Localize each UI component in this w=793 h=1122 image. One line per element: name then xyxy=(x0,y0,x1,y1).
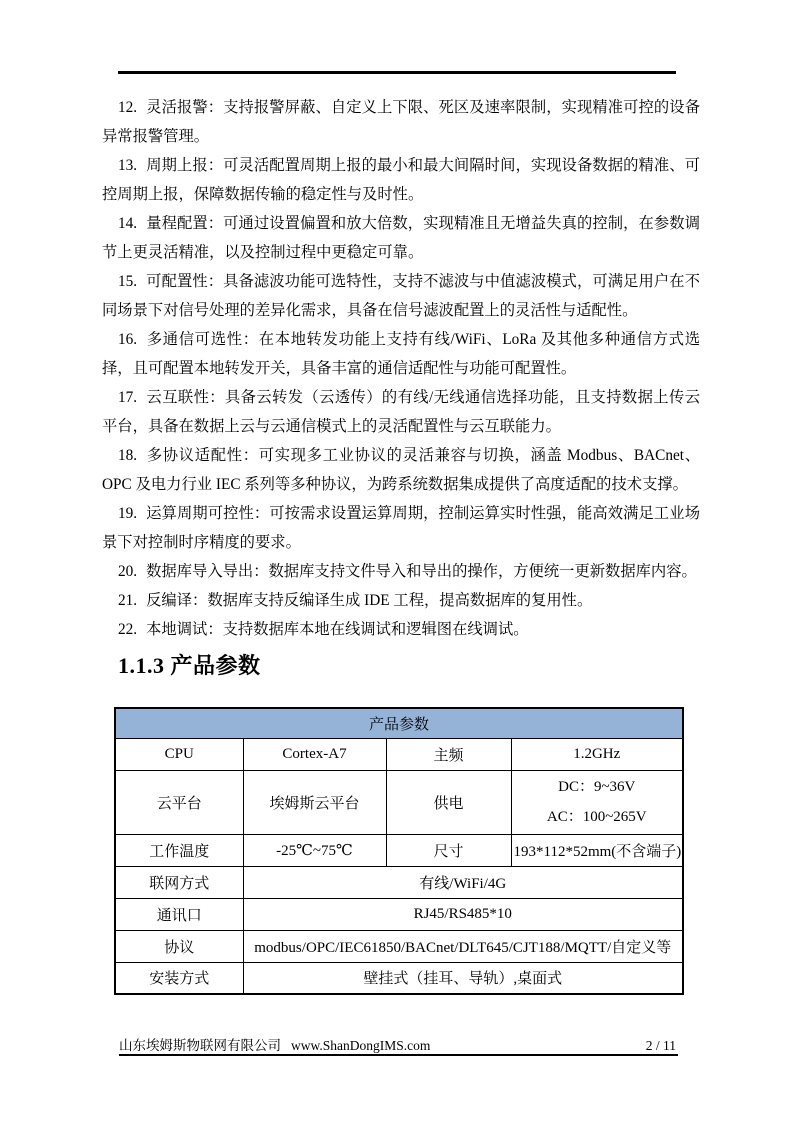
param-value: RJ45/RS485*10 xyxy=(243,898,683,930)
footer-website: www.ShanDongIMS.com xyxy=(291,1038,430,1053)
list-item-text: 数据库导入导出：数据库支持文件导入和导出的操作，方便统一更新数据库内容。 xyxy=(146,563,697,580)
list-item: 12.灵活报警：支持报警屏蔽、自定义上下限、死区及速率限制，实现精准可控的设备异… xyxy=(102,93,700,151)
list-item: 13.周期上报：可灵活配置周期上报的最小和最大间隔时间，实现设备数据的精准、可控… xyxy=(102,151,700,209)
param-label: 供电 xyxy=(386,770,511,834)
list-item: 17.云互联性：具备云转发（云透传）的有线/无线通信选择功能，且支持数据上传云平… xyxy=(102,383,700,441)
param-label: 云平台 xyxy=(115,770,243,834)
param-value: -25℃~75℃ xyxy=(243,834,386,866)
param-label: CPU xyxy=(115,738,243,770)
list-item-number: 13. xyxy=(118,157,137,174)
list-item-text: 运算周期可控性：可按需求设置运算周期，控制运算实时性强，能高效满足工业场景下对控… xyxy=(102,505,700,551)
param-label: 主频 xyxy=(386,738,511,770)
table-header-row: 产品参数 xyxy=(115,708,683,738)
list-item: 19.运算周期可控性：可按需求设置运算周期，控制运算实时性强，能高效满足工业场景… xyxy=(102,499,700,557)
list-item-number: 15. xyxy=(118,273,137,290)
param-value: 有线/WiFi/4G xyxy=(243,866,683,898)
document-page: 12.灵活报警：支持报警屏蔽、自定义上下限、死区及速率限制，实现精准可控的设备异… xyxy=(0,0,793,1122)
param-value: DC：9~36V AC：100~265V xyxy=(511,770,683,834)
list-item-number: 14. xyxy=(118,215,137,232)
list-item-text: 量程配置：可通过设置偏置和放大倍数，实现精准且无增益失真的控制，在参数调节上更灵… xyxy=(102,215,700,261)
list-item-number: 22. xyxy=(118,621,137,638)
power-dc: DC：9~36V xyxy=(514,772,681,802)
page-number: 2 / 11 xyxy=(646,1037,676,1055)
param-value: 壁挂式（挂耳、导轨）,桌面式 xyxy=(243,962,683,994)
list-item-text: 可配置性：具备滤波功能可选特性，支持不滤波与中值滤波模式，可满足用户在不同场景下… xyxy=(102,273,700,319)
power-ac: AC：100~265V xyxy=(514,802,681,832)
footer-rule xyxy=(119,1054,678,1056)
table-row: 安装方式 壁挂式（挂耳、导轨）,桌面式 xyxy=(115,962,683,994)
param-label: 通讯口 xyxy=(115,898,243,930)
product-parameters-table: 产品参数 CPU Cortex-A7 主频 1.2GHz 云平台 埃姆斯云平台 … xyxy=(114,707,684,995)
list-item: 20.数据库导入导出：数据库支持文件导入和导出的操作，方便统一更新数据库内容。 xyxy=(102,557,700,586)
list-item-text: 反编译：数据库支持反编译生成 IDE 工程，提高数据库的复用性。 xyxy=(146,592,592,609)
list-item-text: 灵活报警：支持报警屏蔽、自定义上下限、死区及速率限制，实现精准可控的设备异常报警… xyxy=(102,99,700,145)
list-item-number: 17. xyxy=(118,389,137,406)
list-item-number: 21. xyxy=(118,592,137,609)
param-label: 安装方式 xyxy=(115,962,243,994)
table-row: 工作温度 -25℃~75℃ 尺寸 193*112*52mm(不含端子) xyxy=(115,834,683,866)
param-value: 埃姆斯云平台 xyxy=(243,770,386,834)
table-row: CPU Cortex-A7 主频 1.2GHz xyxy=(115,738,683,770)
table-row: 云平台 埃姆斯云平台 供电 DC：9~36V AC：100~265V xyxy=(115,770,683,834)
table-row: 通讯口 RJ45/RS485*10 xyxy=(115,898,683,930)
list-item-text: 本地调试：支持数据库本地在线调试和逻辑图在线调试。 xyxy=(146,621,528,638)
param-label: 尺寸 xyxy=(386,834,511,866)
list-item-number: 20. xyxy=(118,563,137,580)
list-item: 18.多协议适配性：可实现多工业协议的灵活兼容与切换，涵盖 Modbus、BAC… xyxy=(102,441,700,499)
param-label: 工作温度 xyxy=(115,834,243,866)
param-value: Cortex-A7 xyxy=(243,738,386,770)
list-item-number: 18. xyxy=(118,447,137,464)
list-item: 21.反编译：数据库支持反编译生成 IDE 工程，提高数据库的复用性。 xyxy=(102,586,700,615)
footer-company: 山东埃姆斯物联网有限公司 xyxy=(119,1038,281,1053)
param-label: 协议 xyxy=(115,930,243,962)
list-item-text: 周期上报：可灵活配置周期上报的最小和最大间隔时间，实现设备数据的精准、可控周期上… xyxy=(102,157,700,203)
param-value: modbus/OPC/IEC61850/BACnet/DLT645/CJT188… xyxy=(243,930,683,962)
list-item: 14.量程配置：可通过设置偏置和放大倍数，实现精准且无增益失真的控制，在参数调节… xyxy=(102,209,700,267)
param-value: 1.2GHz xyxy=(511,738,683,770)
list-item-text: 多通信可选性：在本地转发功能上支持有线/WiFi、LoRa 及其他多种通信方式选… xyxy=(102,331,700,377)
list-item-text: 多协议适配性：可实现多工业协议的灵活兼容与切换，涵盖 Modbus、BACnet… xyxy=(102,447,700,493)
list-item-number: 19. xyxy=(118,505,137,522)
param-value: 193*112*52mm(不含端子) xyxy=(511,834,683,866)
table-row: 协议 modbus/OPC/IEC61850/BACnet/DLT645/CJT… xyxy=(115,930,683,962)
list-item: 16.多通信可选性：在本地转发功能上支持有线/WiFi、LoRa 及其他多种通信… xyxy=(102,325,700,383)
list-item-number: 16. xyxy=(118,331,137,348)
list-item: 15.可配置性：具备滤波功能可选特性，支持不滤波与中值滤波模式，可满足用户在不同… xyxy=(102,267,700,325)
list-item-text: 云互联性：具备云转发（云透传）的有线/无线通信选择功能，且支持数据上传云平台，具… xyxy=(102,389,700,435)
list-item: 22.本地调试：支持数据库本地在线调试和逻辑图在线调试。 xyxy=(102,615,700,644)
header-rule xyxy=(118,71,676,74)
table-title: 产品参数 xyxy=(115,708,683,738)
param-label: 联网方式 xyxy=(115,866,243,898)
page-footer: 山东埃姆斯物联网有限公司www.ShanDongIMS.com2 / 11 xyxy=(119,1037,676,1055)
table-row: 联网方式 有线/WiFi/4G xyxy=(115,866,683,898)
list-item-number: 12. xyxy=(118,99,137,116)
feature-list: 12.灵活报警：支持报警屏蔽、自定义上下限、死区及速率限制，实现精准可控的设备异… xyxy=(102,93,700,644)
section-heading: 1.1.3 产品参数 xyxy=(118,649,261,680)
